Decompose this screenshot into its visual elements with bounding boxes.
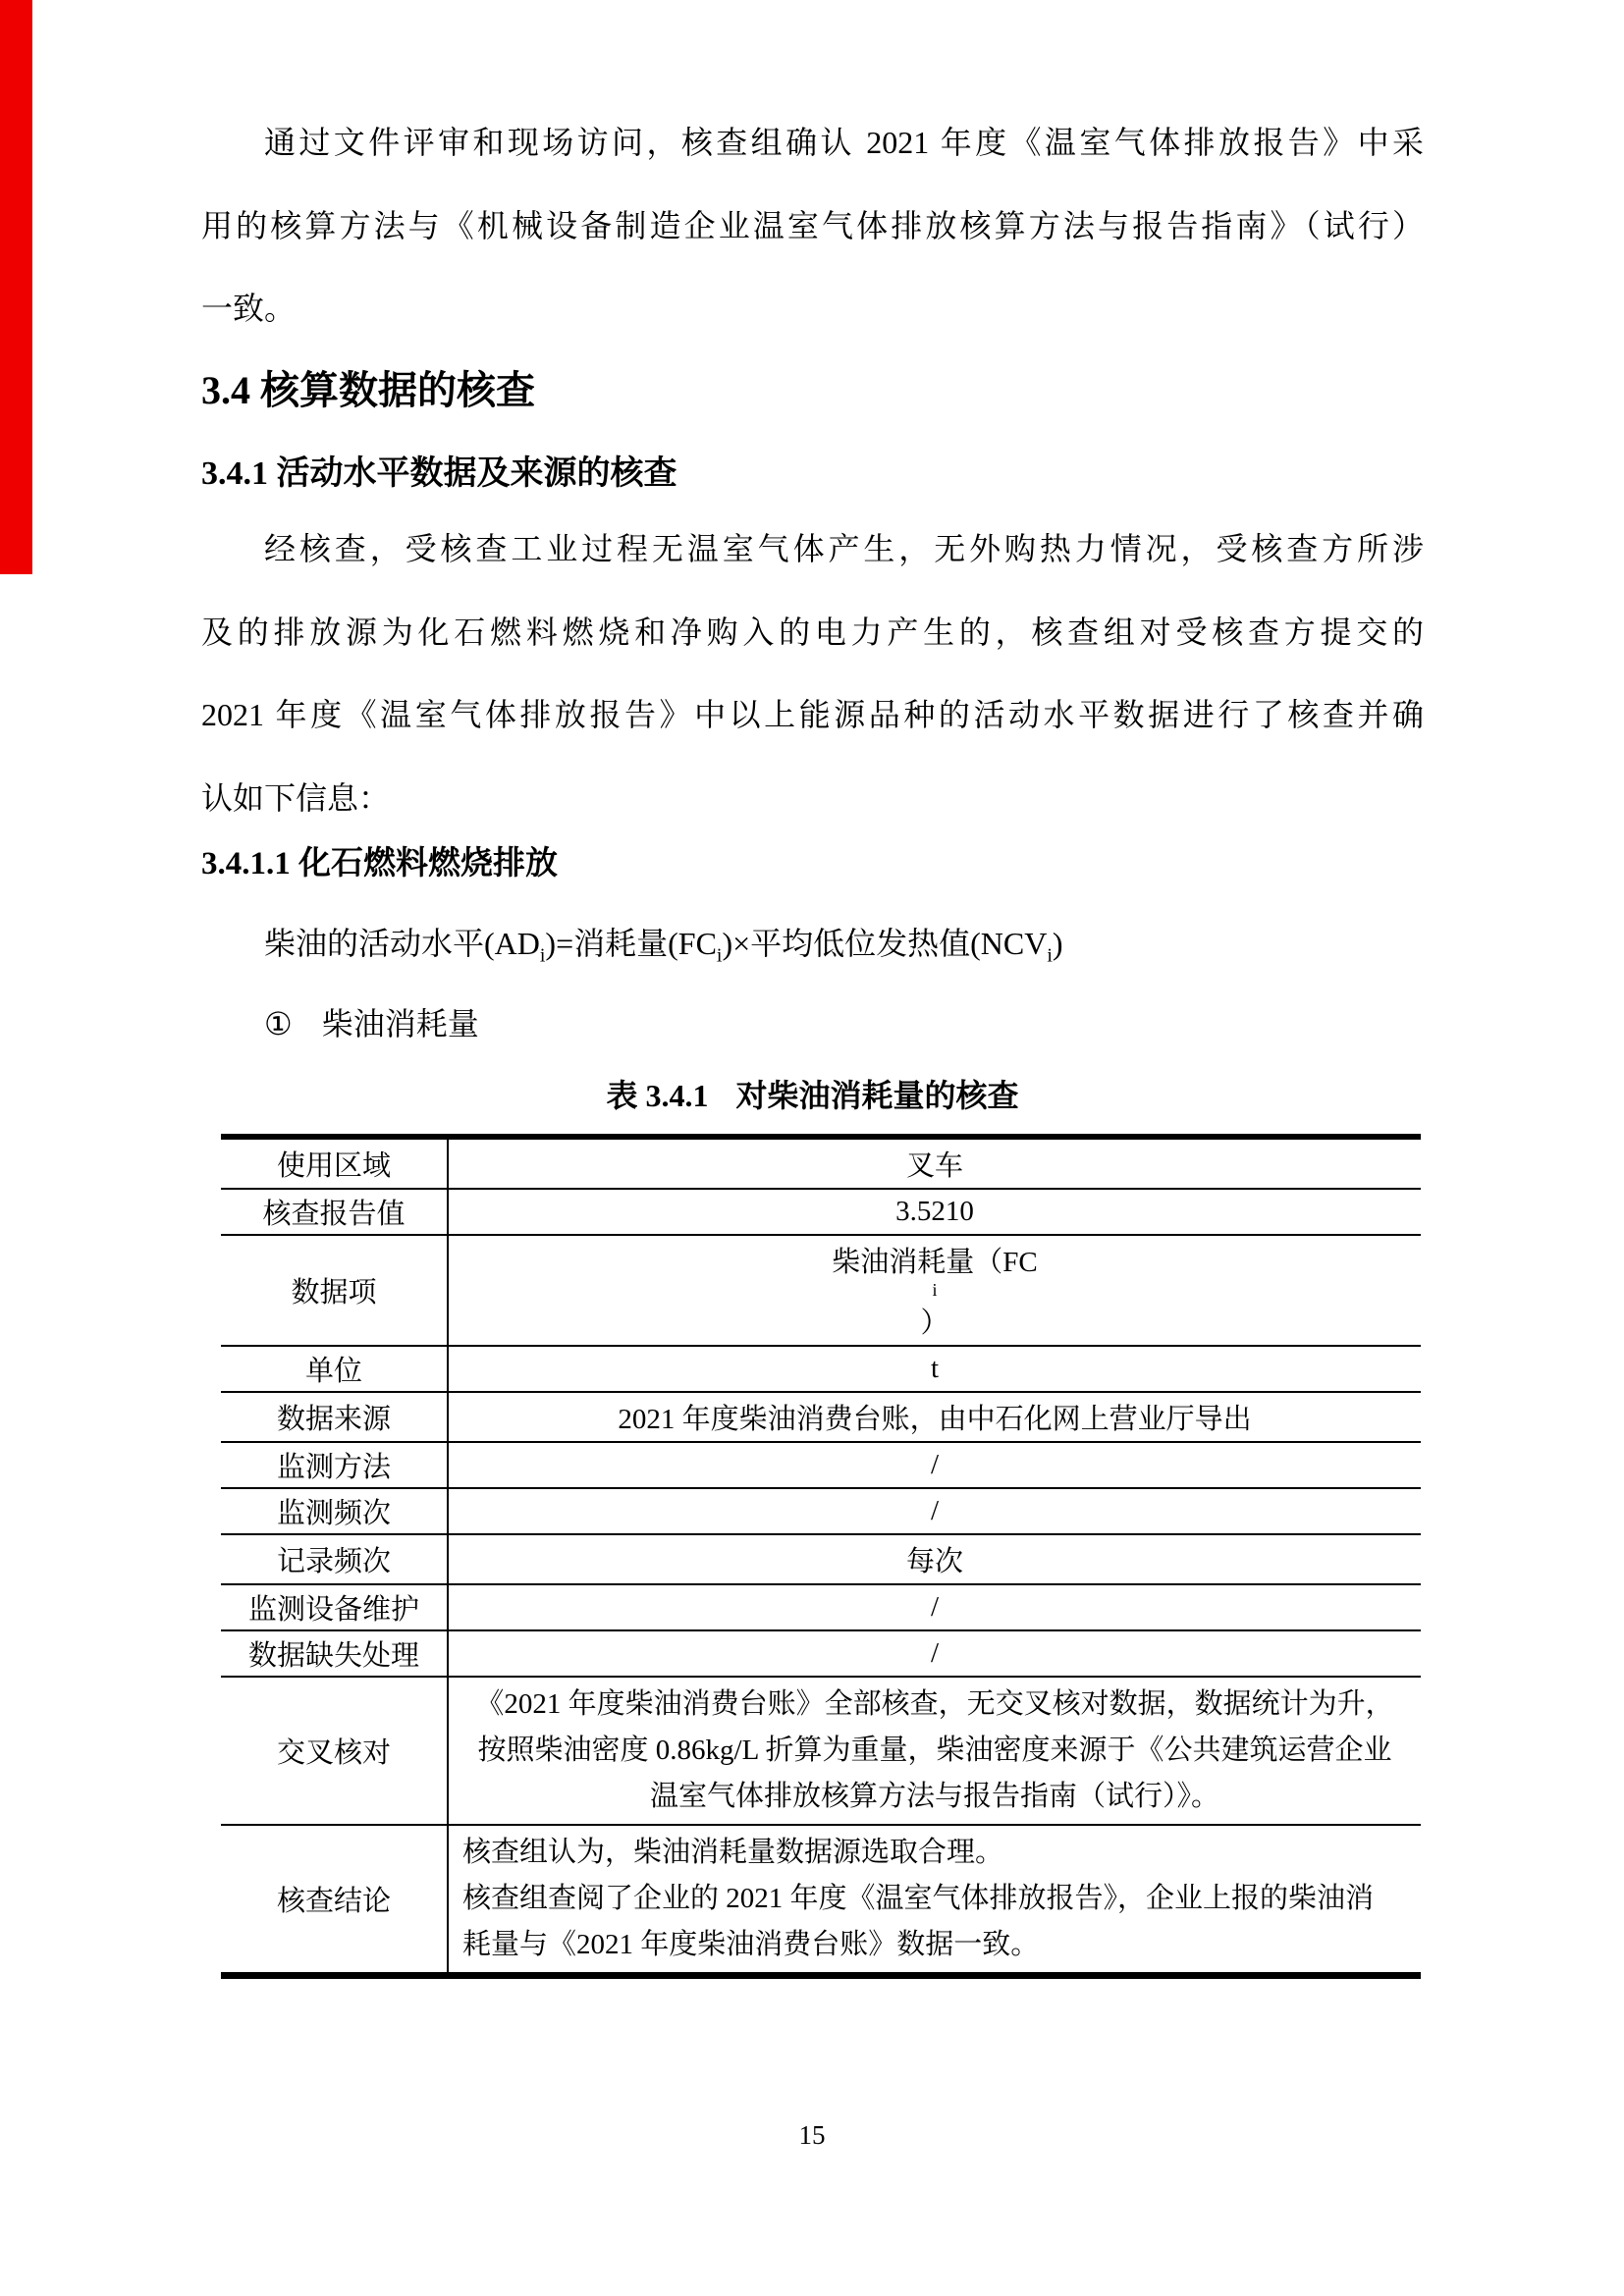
row-label: 数据来源	[221, 1393, 449, 1441]
row-value: 柴油消耗量（FCi）	[449, 1236, 1421, 1345]
row-value: 3.5210	[449, 1190, 1421, 1234]
activity-level-formula: 柴油的活动水平(ADi)=消耗量(FCi)×平均低位发热值(NCVi)	[201, 916, 1487, 983]
page-number: 15	[0, 2120, 1624, 2151]
document-page: 通过文件评审和现场访问，核查组确认 2021 年度《温室气体排放报告》中采用的核…	[0, 0, 1624, 2296]
value-line: 核查组认为，柴油消耗量数据源选取合理。	[462, 1830, 1407, 1876]
table-row: 记录频次每次	[221, 1535, 1421, 1585]
table-row: 监测方法/	[221, 1443, 1421, 1489]
row-value: t	[449, 1347, 1421, 1391]
row-label: 记录频次	[221, 1535, 449, 1583]
row-label: 数据缺失处理	[221, 1631, 449, 1676]
row-label: 监测方法	[221, 1443, 449, 1487]
formula-text: 柴油消耗量（FC	[462, 1240, 1407, 1280]
section-heading-3-4: 3.4 核算数据的核查	[201, 361, 1424, 420]
text-line: 认如下信息：	[201, 757, 1424, 840]
table-row: 核查结论核查组认为，柴油消耗量数据源选取合理。核查组查阅了企业的 2021 年度…	[221, 1826, 1421, 1972]
value-line: 按照柴油密度 0.86kg/L 折算为重量，柴油密度来源于《公共建筑运营企业	[462, 1728, 1407, 1774]
table-row: 监测频次/	[221, 1489, 1421, 1535]
paragraph-activity-data: 经核查，受核查工业过程无温室气体产生，无外购热力情况，受核查方所涉及的排放源为化…	[201, 507, 1424, 839]
section-heading-3-4-1: 3.4.1 活动水平数据及来源的核查	[201, 447, 1424, 501]
text-line: 通过文件评审和现场访问，核查组确认 2021 年度《温室气体排放报告》中采	[201, 101, 1424, 185]
formula-text: 柴油的活动水平(AD	[264, 926, 540, 961]
table-row: 单位t	[221, 1347, 1421, 1393]
value-line: 温室气体排放核算方法与报告指南（试行）》。	[462, 1774, 1407, 1820]
subscript: i	[462, 1280, 1407, 1301]
row-label: 监测频次	[221, 1489, 449, 1533]
table-caption-title: 对柴油消耗量的核查	[736, 1078, 1019, 1113]
row-value: 每次	[449, 1535, 1421, 1583]
text-line: 及的排放源为化石燃料燃烧和净购入的电力产生的，核查组对受核查方提交的	[201, 591, 1424, 674]
formula-text: )=消耗量(FC	[545, 926, 717, 961]
formula-text: )	[1053, 926, 1063, 961]
value-line: 《2021 年度柴油消费台账》全部核查，无交叉核对数据，数据统计为升，	[462, 1682, 1407, 1728]
row-label: 单位	[221, 1347, 449, 1391]
formula-text: )×平均低位发热值(NCV	[722, 926, 1047, 961]
list-item-text: 柴油消耗量	[322, 1006, 479, 1041]
list-item-diesel-consumption: ①柴油消耗量	[201, 996, 1487, 1051]
red-edge-bar	[0, 0, 32, 574]
value-line: 耗量与《2021 年度柴油消费台账》数据一致。	[462, 1922, 1407, 1968]
table-row: 监测设备维护/	[221, 1585, 1421, 1631]
circled-one-marker: ①	[264, 1006, 293, 1041]
value-line: 核查组查阅了企业的 2021 年度《温室气体排放报告》，企业上报的柴油消	[462, 1876, 1407, 1922]
row-label: 交叉核对	[221, 1678, 449, 1824]
row-value: /	[449, 1585, 1421, 1629]
table-row: 交叉核对《2021 年度柴油消费台账》全部核查，无交叉核对数据，数据统计为升，按…	[221, 1678, 1421, 1826]
text-line: 2021 年度《温室气体排放报告》中以上能源品种的活动水平数据进行了核查并确	[201, 673, 1424, 757]
row-value: /	[449, 1489, 1421, 1533]
row-label: 核查报告值	[221, 1190, 449, 1234]
row-label: 核查结论	[221, 1826, 449, 1972]
row-label: 数据项	[221, 1236, 449, 1345]
table-row: 使用区域叉车	[221, 1140, 1421, 1190]
row-value: 《2021 年度柴油消费台账》全部核查，无交叉核对数据，数据统计为升，按照柴油密…	[449, 1678, 1421, 1824]
row-value: 核查组认为，柴油消耗量数据源选取合理。核查组查阅了企业的 2021 年度《温室气…	[449, 1826, 1421, 1972]
section-heading-3-4-1-1: 3.4.1.1 化石燃料燃烧排放	[201, 837, 1424, 891]
paragraph-method-consistency: 通过文件评审和现场访问，核查组确认 2021 年度《温室气体排放报告》中采用的核…	[201, 101, 1424, 350]
row-label: 监测设备维护	[221, 1585, 449, 1629]
table-caption: 表 3.4.1对柴油消耗量的核查	[201, 1068, 1424, 1123]
diesel-consumption-verification-table: 使用区域叉车核查报告值3.5210数据项柴油消耗量（FCi）单位t数据来源202…	[221, 1134, 1421, 1979]
text-line: 经核查，受核查工业过程无温室气体产生，无外购热力情况，受核查方所涉	[201, 507, 1424, 591]
text-line: 用的核算方法与《机械设备制造企业温室气体排放核算方法与报告指南》（试行）	[201, 185, 1424, 268]
table-row: 核查报告值3.5210	[221, 1190, 1421, 1236]
row-value: 叉车	[449, 1140, 1421, 1188]
row-label: 使用区域	[221, 1140, 449, 1188]
table-row: 数据缺失处理/	[221, 1631, 1421, 1678]
table-caption-number: 表 3.4.1	[606, 1078, 708, 1113]
row-value: 2021 年度柴油消费台账，由中石化网上营业厅导出	[449, 1393, 1421, 1441]
row-value: /	[449, 1631, 1421, 1676]
formula-text: ）	[462, 1301, 1407, 1341]
table-row: 数据来源2021 年度柴油消费台账，由中石化网上营业厅导出	[221, 1393, 1421, 1443]
text-line: 一致。	[201, 267, 1424, 350]
row-value: /	[449, 1443, 1421, 1487]
table-row: 数据项柴油消耗量（FCi）	[221, 1236, 1421, 1347]
